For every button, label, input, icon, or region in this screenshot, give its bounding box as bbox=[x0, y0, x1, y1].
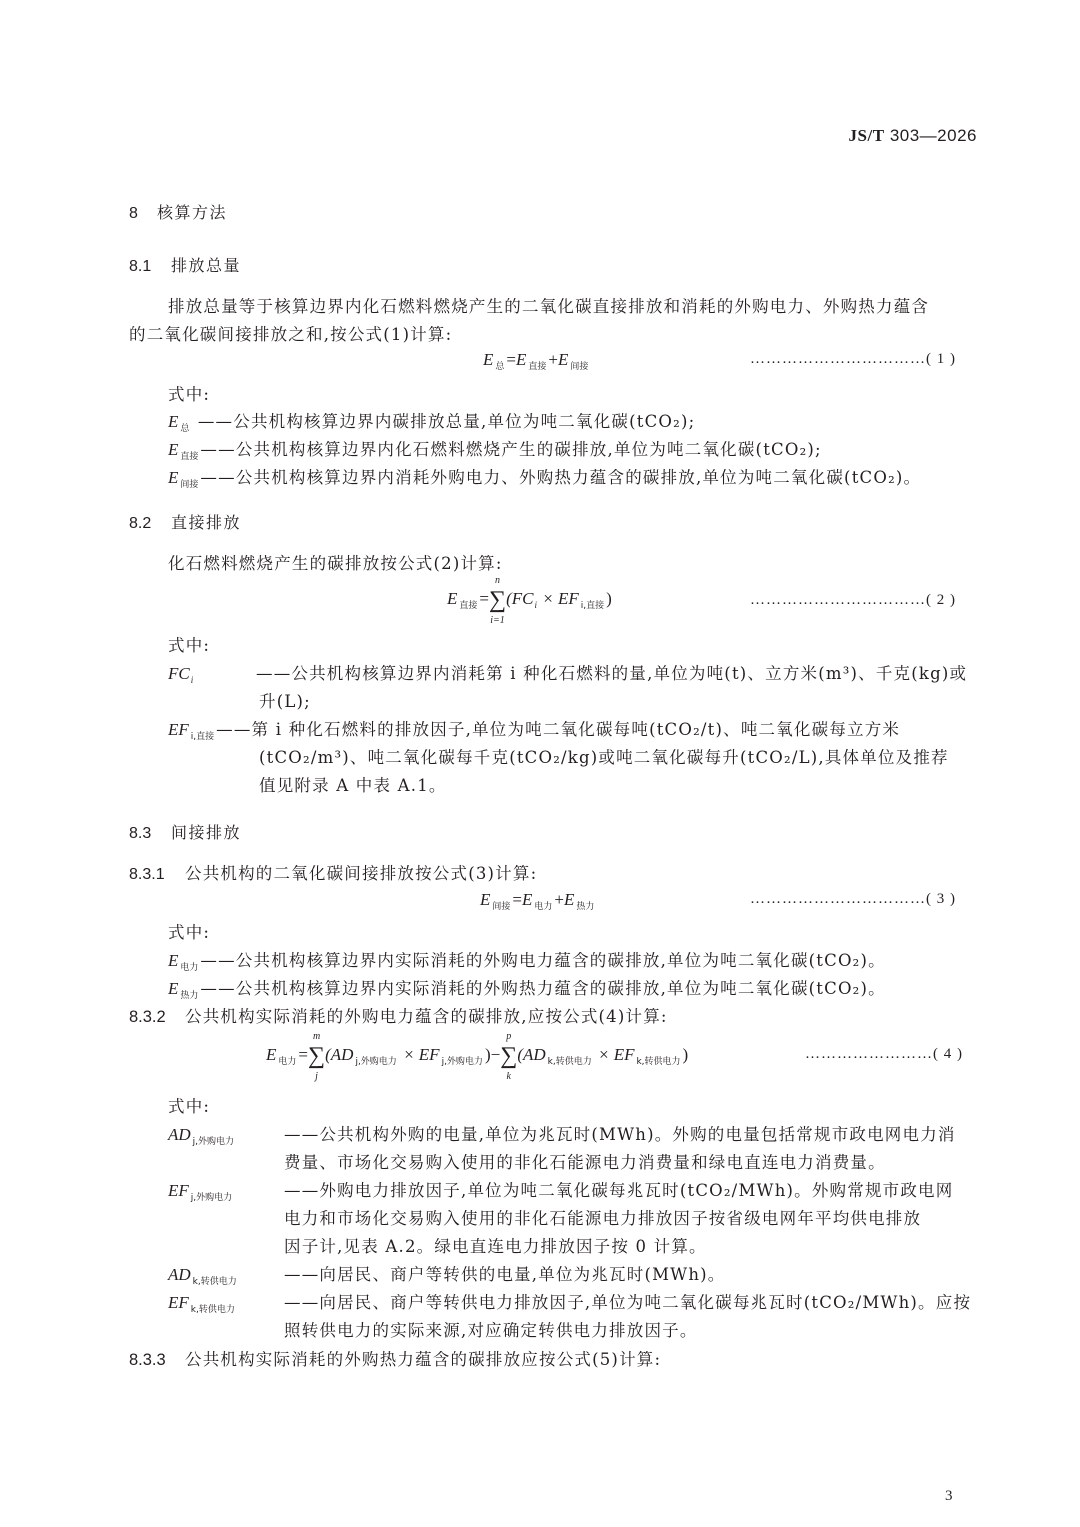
summation-icon: ∑mj bbox=[308, 1044, 325, 1068]
where-label: 式中: bbox=[168, 380, 210, 409]
clause-8-3-1: 8.3.1公共机构的二氧化碳间接排放按公式(3)计算: bbox=[129, 859, 537, 889]
summation-icon: ∑pk bbox=[500, 1044, 517, 1068]
formula-1-leader: ……………………………( 1 ) bbox=[750, 351, 956, 368]
summation-icon: ∑ni=1 bbox=[489, 588, 506, 612]
standard-number: JS/T 303—2026 bbox=[849, 126, 977, 146]
section-8-2-heading: 8.2直接排放 bbox=[129, 510, 241, 533]
where-label: 式中: bbox=[168, 918, 210, 947]
formula-4: E电力=∑mj(ADj,外购电力 × EFj,外购电力)−∑pk(ADk,转供电… bbox=[266, 1044, 688, 1068]
definition-ef-direct-cont: (tCO₂/m³)、吨二氧化碳每千克(tCO₂/kg)或吨二氧化碳每升(tCO₂… bbox=[259, 743, 949, 772]
formula-3-label: ( 3 ) bbox=[926, 891, 956, 907]
section-8-1-heading: 8.1排放总量 bbox=[129, 253, 241, 276]
formula-2: E直接=∑ni=1(FCi × EFi,直接) bbox=[447, 588, 612, 612]
clause-8-3-2: 8.3.2公共机构实际消耗的外购电力蕴含的碳排放,应按公式(4)计算: bbox=[129, 1002, 668, 1032]
formula-1: E总=E直接+E间接 bbox=[483, 350, 590, 370]
formula-2-leader: ……………………………( 2 ) bbox=[750, 592, 956, 609]
page-number: 3 bbox=[945, 1488, 953, 1505]
definition-ef-purchased-cont: 电力和市场化交易购入使用的非化石能源电力排放因子按省级电网年平均供电排放 bbox=[284, 1204, 921, 1233]
formula-3: E间接=E电力+E热力 bbox=[480, 890, 596, 910]
definition-ef-purchased-cont: 因子计,见表 A.2。绿电直连电力排放因子按 0 计算。 bbox=[284, 1232, 707, 1261]
clause-8-3-3: 8.3.3公共机构实际消耗的外购热力蕴含的碳排放应按公式(5)计算: bbox=[129, 1345, 661, 1375]
definition-ef-direct-cont: 值见附录 A 中表 A.1。 bbox=[259, 771, 447, 800]
formula-4-leader: ……………………( 4 ) bbox=[805, 1046, 963, 1063]
formula-3-leader: ……………………………( 3 ) bbox=[750, 891, 956, 908]
definition-fc-cont: 升(L); bbox=[259, 687, 311, 716]
formula-1-label: ( 1 ) bbox=[926, 351, 956, 367]
paragraph: 化石燃料燃烧产生的碳排放按公式(2)计算: bbox=[168, 549, 503, 578]
formula-2-label: ( 2 ) bbox=[926, 592, 956, 608]
formula-4-label: ( 4 ) bbox=[933, 1046, 963, 1062]
where-label: 式中: bbox=[168, 1092, 210, 1121]
section-8-3-heading: 8.3间接排放 bbox=[129, 820, 241, 843]
paragraph: 的二氧化碳间接排放之和,按公式(1)计算: bbox=[129, 320, 452, 349]
where-label: 式中: bbox=[168, 631, 210, 660]
definition-e-indirect: E间接——公共机构核算边界内消耗外购电力、外购热力蕴含的碳排放,单位为吨二氧化碳… bbox=[168, 463, 921, 496]
section-8-heading: 8核算方法 bbox=[129, 200, 227, 223]
paragraph: 排放总量等于核算边界内化石燃料燃烧产生的二氧化碳直接排放和消耗的外购电力、外购热… bbox=[168, 292, 929, 321]
definition-ef-transferred-cont: 照转供电力的实际来源,对应确定转供电力排放因子。 bbox=[284, 1316, 698, 1345]
definition-ad-purchased-cont: 费量、市场化交易购入使用的非化石能源电力消费量和绿电直连电力消费量。 bbox=[284, 1148, 886, 1177]
